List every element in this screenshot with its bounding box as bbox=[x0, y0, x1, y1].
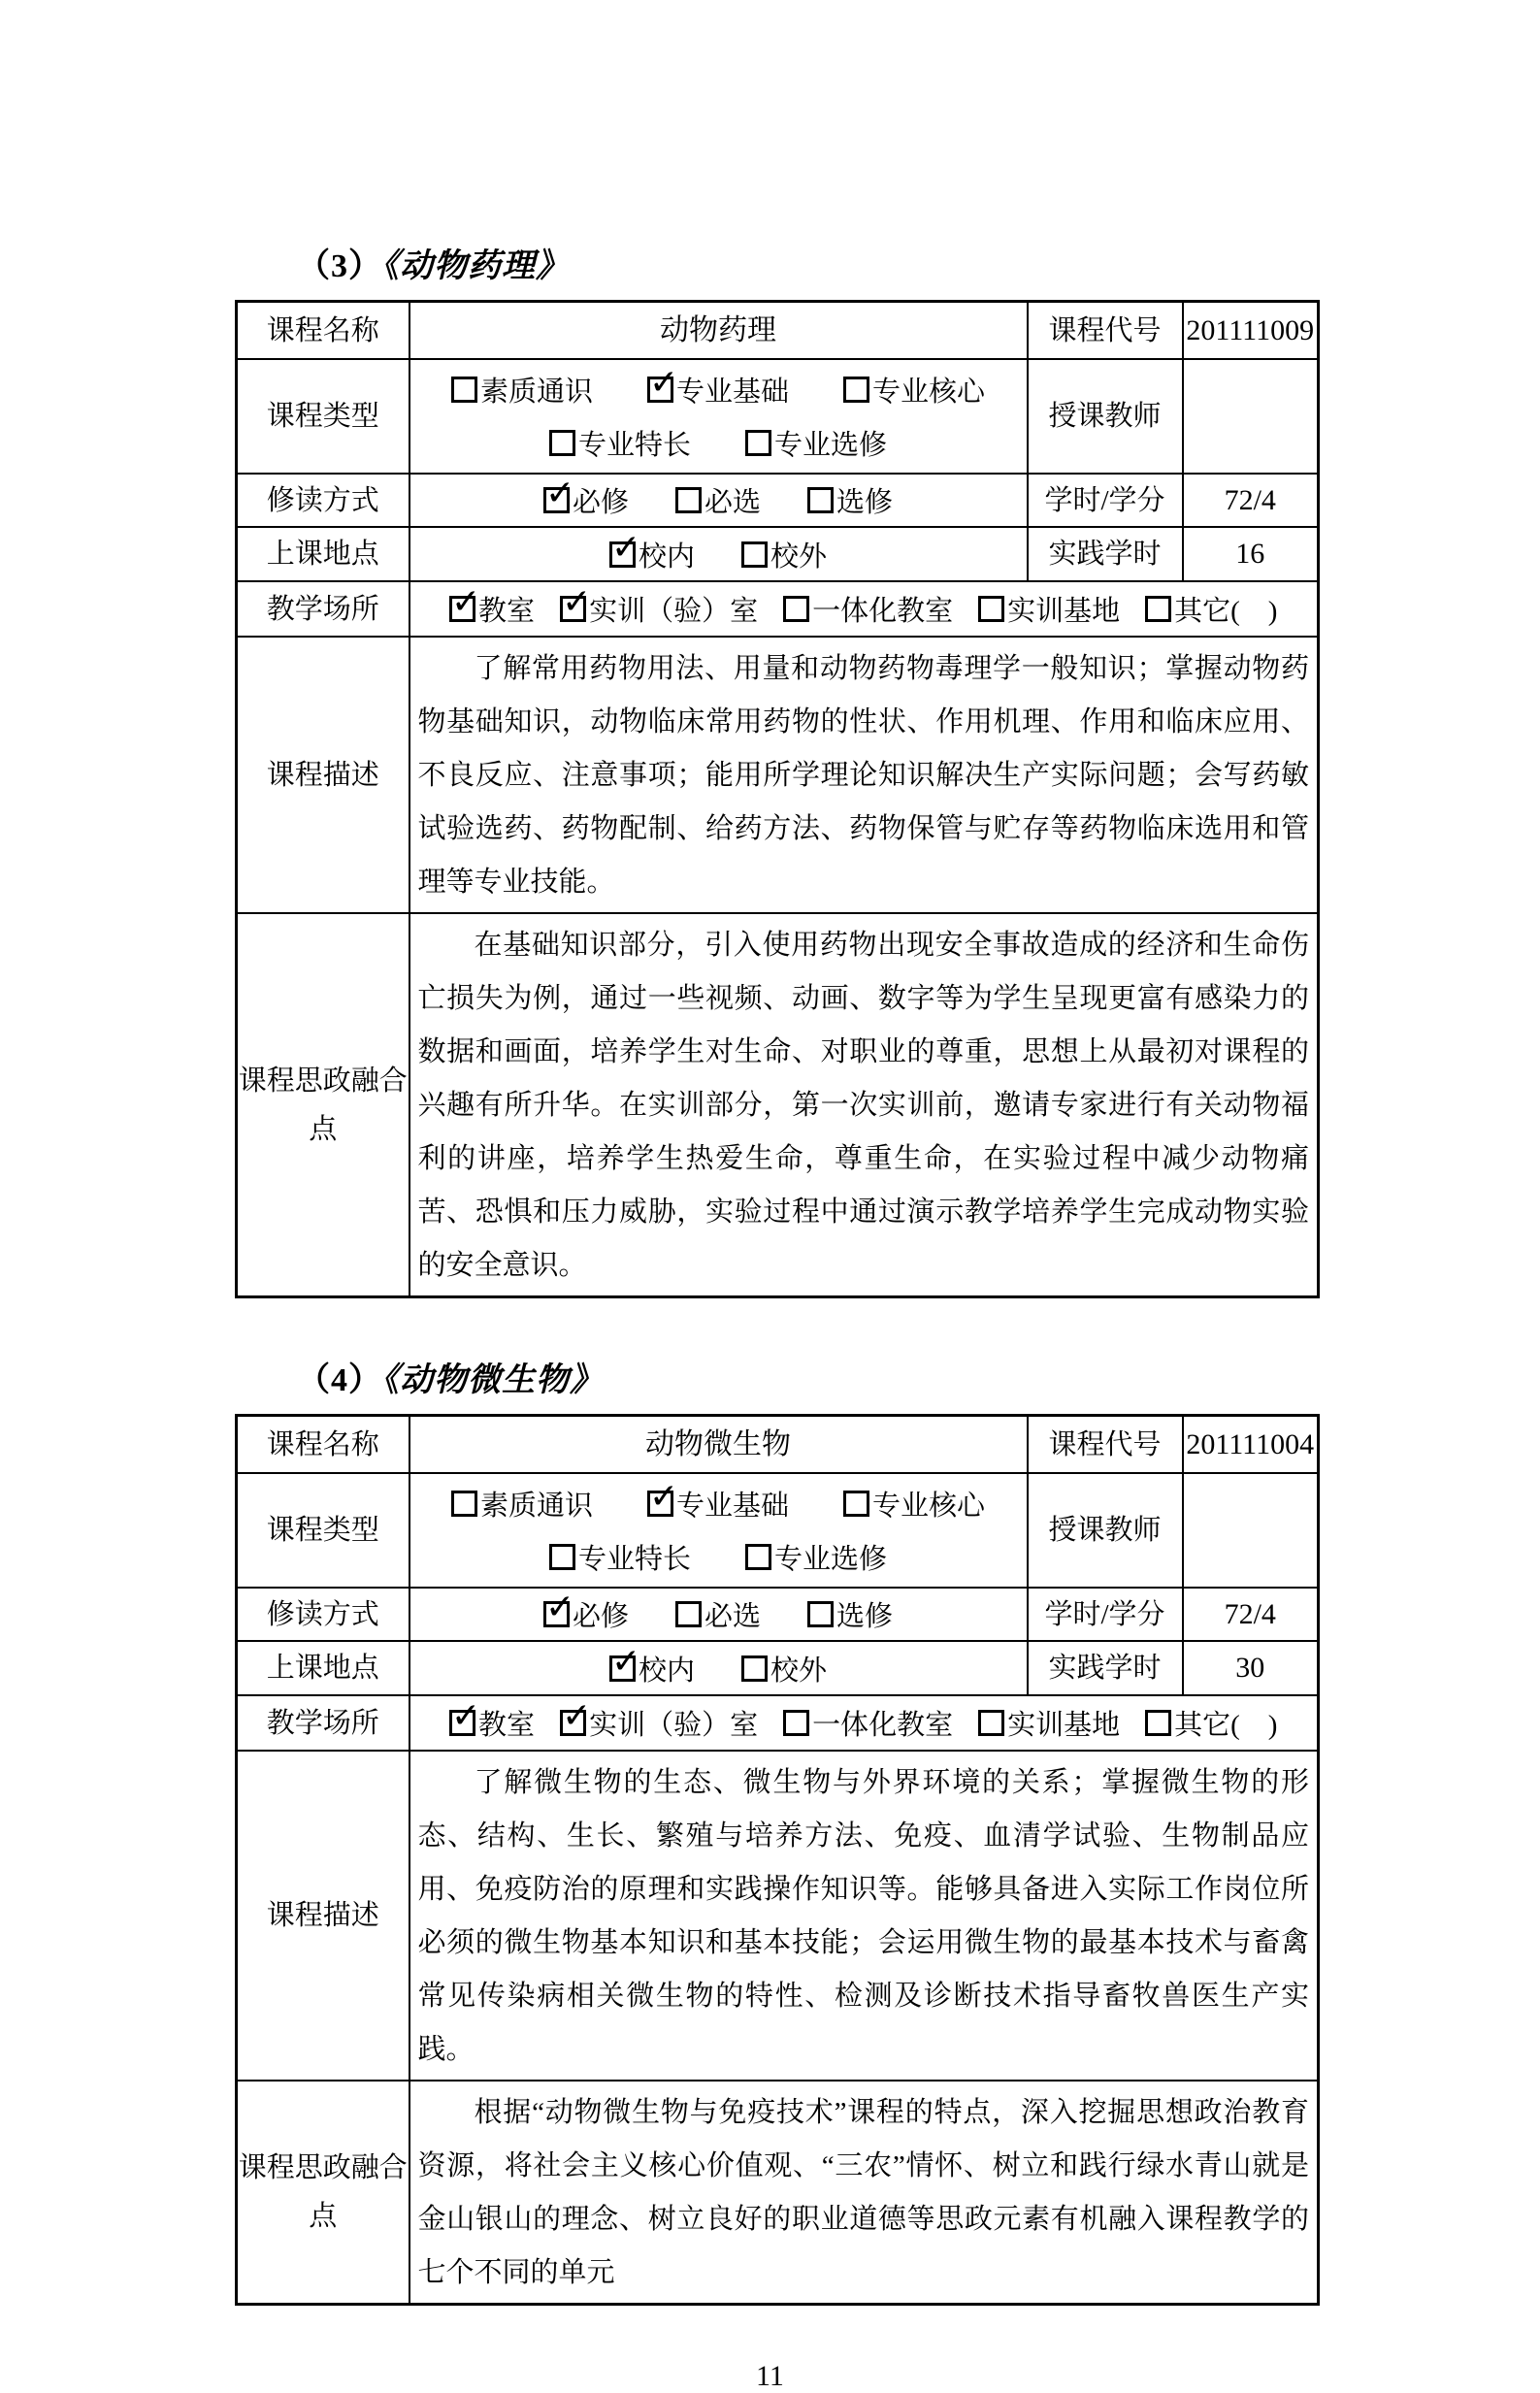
checkbox-icon[interactable] bbox=[843, 1491, 869, 1517]
ideology-label: 课程思政融合点 bbox=[237, 913, 410, 1297]
teacher-value bbox=[1183, 1473, 1319, 1588]
section-heading: （3）《动物药理》 bbox=[235, 239, 1317, 286]
location-options: 校内 校外 bbox=[410, 527, 1028, 581]
checkbox-label: 必修 bbox=[573, 1594, 629, 1634]
checkbox-icon[interactable] bbox=[1145, 596, 1171, 622]
table-row-ideology: 课程思政融合点 根据“动物微生物与免疫技术”课程的特点，深入挖掘思想政治教育资源… bbox=[237, 2081, 1319, 2305]
checkbox-option: 教室 bbox=[449, 1703, 535, 1743]
checkbox-label: 实训（验）室 bbox=[589, 1703, 758, 1743]
checkbox-label: 教室 bbox=[478, 589, 535, 629]
checkbox-label: 实训基地 bbox=[1007, 1703, 1120, 1743]
checkbox-option: 一体化教室 bbox=[783, 1703, 953, 1743]
checkbox-label: 专业基础 bbox=[676, 370, 789, 410]
teaching-place-label: 教学场所 bbox=[237, 581, 410, 637]
checkbox-label: 校内 bbox=[639, 535, 695, 574]
study-mode-options: 必修 必选 选修 bbox=[410, 474, 1028, 527]
course-table: 课程名称 动物药理 课程代号 201111009 课程类型 素质通识 专业基础 … bbox=[235, 300, 1320, 1298]
checkbox-option: 校外 bbox=[741, 1649, 827, 1688]
section-number: （3） bbox=[297, 248, 382, 284]
checkbox-icon[interactable] bbox=[978, 1710, 1004, 1736]
table-row-course-name: 课程名称 动物药理 课程代号 201111009 bbox=[237, 302, 1319, 360]
checkbox-option: 其它( ) bbox=[1145, 589, 1277, 629]
document-page: （3）《动物药理》 课程名称 动物药理 课程代号 201111009 课程类型 … bbox=[0, 0, 1540, 2393]
checkbox-label: 必选 bbox=[704, 1594, 761, 1634]
table-row-course-type: 课程类型 素质通识 专业基础 专业核心 专业特长 专业选修 bbox=[237, 1473, 1319, 1588]
ideology-cell: 在基础知识部分，引入使用药物出现安全事故造成的经济和生命伤亡损失为例，通过一些视… bbox=[410, 913, 1319, 1297]
checkbox-label: 专业核心 bbox=[872, 1484, 985, 1524]
checkbox-icon[interactable] bbox=[647, 377, 673, 403]
course-name-value: 动物微生物 bbox=[410, 1416, 1028, 1474]
hours-credits-label: 学时/学分 bbox=[1028, 1588, 1183, 1641]
checkbox-label: 专业特长 bbox=[578, 1537, 691, 1577]
checkbox-option: 素质通识 bbox=[451, 370, 593, 410]
checkbox-option: 专业选修 bbox=[745, 1537, 887, 1577]
practice-hours-value: 30 bbox=[1183, 1641, 1319, 1695]
teaching-place-label: 教学场所 bbox=[237, 1695, 410, 1751]
teacher-value bbox=[1183, 359, 1319, 474]
description-text: 了解常用药物用法、用量和动物药物毒理学一般知识；掌握动物药物基础知识，动物临床常… bbox=[410, 638, 1318, 912]
table-row-description: 课程描述 了解常用药物用法、用量和动物药物毒理学一般知识；掌握动物药物基础知识，… bbox=[237, 637, 1319, 913]
checkbox-label: 选修 bbox=[836, 1594, 893, 1634]
checkbox-label: 其它( ) bbox=[1174, 589, 1277, 629]
course-code-label: 课程代号 bbox=[1028, 302, 1183, 360]
ideology-label: 课程思政融合点 bbox=[237, 2081, 410, 2305]
practice-hours-value: 16 bbox=[1183, 527, 1319, 581]
checkbox-label: 实训基地 bbox=[1007, 589, 1120, 629]
table-row-study-mode: 修读方式 必修 必选 选修 学时/学分 72/4 bbox=[237, 474, 1319, 527]
course-type-options: 素质通识 专业基础 专业核心 专业特长 专业选修 bbox=[410, 1473, 1028, 1588]
course-table: 课程名称 动物微生物 课程代号 201111004 课程类型 素质通识 专业基础… bbox=[235, 1414, 1320, 2306]
course-section-4: （4）《动物微生物》 课程名称 动物微生物 课程代号 201111004 课程类… bbox=[235, 1353, 1317, 2306]
ideology-text: 在基础知识部分，引入使用药物出现安全事故造成的经济和生命伤亡损失为例，通过一些视… bbox=[410, 914, 1318, 1295]
course-code-label: 课程代号 bbox=[1028, 1416, 1183, 1474]
checkbox-option: 必修 bbox=[543, 480, 629, 520]
checkbox-icon[interactable] bbox=[560, 1710, 586, 1736]
location-label: 上课地点 bbox=[237, 1641, 410, 1695]
ideology-text: 根据“动物微生物与免疫技术”课程的特点，深入挖掘思想政治教育资源，将社会主义核心… bbox=[410, 2082, 1318, 2303]
checkbox-option: 校内 bbox=[609, 535, 695, 574]
checkbox-label: 一体化教室 bbox=[812, 1703, 953, 1743]
course-type-label: 课程类型 bbox=[237, 1473, 410, 1588]
course-name-label: 课程名称 bbox=[237, 1416, 410, 1474]
study-mode-options: 必修 必选 选修 bbox=[410, 1588, 1028, 1641]
checkbox-option: 专业基础 bbox=[647, 370, 789, 410]
course-title: 《动物微生物》 bbox=[382, 1362, 604, 1398]
checkbox-option: 选修 bbox=[807, 1594, 893, 1634]
checkbox-label: 教室 bbox=[478, 1703, 535, 1743]
checkbox-icon[interactable] bbox=[807, 487, 834, 513]
course-name-label: 课程名称 bbox=[237, 302, 410, 360]
course-title: 《动物药理》 bbox=[382, 248, 570, 284]
section-heading: （4）《动物微生物》 bbox=[235, 1353, 1317, 1400]
checkbox-option: 校外 bbox=[741, 535, 827, 574]
table-row-ideology: 课程思政融合点 在基础知识部分，引入使用药物出现安全事故造成的经济和生命伤亡损失… bbox=[237, 913, 1319, 1297]
teaching-place-options: 教室 实训（验）室 一体化教室 实训基地 其它( ) bbox=[410, 1695, 1319, 1751]
location-label: 上课地点 bbox=[237, 527, 410, 581]
checkbox-label: 专业特长 bbox=[578, 423, 691, 463]
checkbox-label: 选修 bbox=[836, 480, 893, 520]
course-section-3: （3）《动物药理》 课程名称 动物药理 课程代号 201111009 课程类型 … bbox=[235, 239, 1317, 1298]
checkbox-icon[interactable] bbox=[543, 487, 570, 513]
checkbox-icon[interactable] bbox=[675, 487, 702, 513]
checkbox-icon[interactable] bbox=[783, 596, 809, 622]
checkbox-icon[interactable] bbox=[745, 1544, 771, 1570]
course-code-value: 201111004 bbox=[1183, 1416, 1319, 1474]
table-row-location: 上课地点 校内 校外 实践学时 16 bbox=[237, 527, 1319, 581]
checkbox-icon[interactable] bbox=[451, 377, 477, 403]
checkbox-option: 教室 bbox=[449, 589, 535, 629]
study-mode-label: 修读方式 bbox=[237, 474, 410, 527]
checkbox-label: 一体化教室 bbox=[812, 589, 953, 629]
checkbox-label: 素质通识 bbox=[480, 370, 593, 410]
checkbox-icon[interactable] bbox=[549, 430, 575, 456]
checkbox-option: 实训（验）室 bbox=[560, 1703, 758, 1743]
checkbox-icon[interactable] bbox=[783, 1710, 809, 1736]
checkbox-option: 专业核心 bbox=[843, 1484, 985, 1524]
practice-hours-label: 实践学时 bbox=[1028, 527, 1183, 581]
practice-hours-label: 实践学时 bbox=[1028, 1641, 1183, 1695]
location-options: 校内 校外 bbox=[410, 1641, 1028, 1695]
ideology-cell: 根据“动物微生物与免疫技术”课程的特点，深入挖掘思想政治教育资源，将社会主义核心… bbox=[410, 2081, 1319, 2305]
description-text: 了解微生物的生态、微生物与外界环境的关系；掌握微生物的形态、结构、生长、繁殖与培… bbox=[410, 1752, 1318, 2080]
teacher-label: 授课教师 bbox=[1028, 1473, 1183, 1588]
section-number: （4） bbox=[297, 1362, 382, 1398]
checkbox-label: 其它( ) bbox=[1174, 1703, 1277, 1743]
checkbox-icon[interactable] bbox=[978, 596, 1004, 622]
teacher-label: 授课教师 bbox=[1028, 359, 1183, 474]
checkbox-option: 必选 bbox=[675, 1594, 761, 1634]
checkbox-option: 素质通识 bbox=[451, 1484, 593, 1524]
checkbox-label: 专业选修 bbox=[774, 1537, 887, 1577]
checkbox-icon[interactable] bbox=[741, 541, 768, 568]
checkbox-option: 专业特长 bbox=[549, 423, 691, 463]
checkbox-option: 专业选修 bbox=[745, 423, 887, 463]
table-row-teaching-place: 教学场所 教室 实训（验）室 一体化教室 实训基地 其它( ) bbox=[237, 1695, 1319, 1751]
course-name-value: 动物药理 bbox=[410, 302, 1028, 360]
table-row-description: 课程描述 了解微生物的生态、微生物与外界环境的关系；掌握微生物的形态、结构、生长… bbox=[237, 1751, 1319, 2081]
checkbox-label: 专业基础 bbox=[676, 1484, 789, 1524]
table-row-course-type: 课程类型 素质通识 专业基础 专业核心 专业特长 专业选修 bbox=[237, 359, 1319, 474]
checkbox-icon[interactable] bbox=[807, 1601, 834, 1627]
checkbox-icon[interactable] bbox=[451, 1491, 477, 1517]
checkbox-option: 实训（验）室 bbox=[560, 589, 758, 629]
checkbox-label: 专业选修 bbox=[774, 423, 887, 463]
hours-credits-value: 72/4 bbox=[1183, 1588, 1319, 1641]
checkbox-icon[interactable] bbox=[647, 1491, 673, 1517]
table-row-course-name: 课程名称 动物微生物 课程代号 201111004 bbox=[237, 1416, 1319, 1474]
description-cell: 了解微生物的生态、微生物与外界环境的关系；掌握微生物的形态、结构、生长、繁殖与培… bbox=[410, 1751, 1319, 2081]
checkbox-label: 校内 bbox=[639, 1649, 695, 1688]
checkbox-option: 专业基础 bbox=[647, 1484, 789, 1524]
checkbox-label: 实训（验）室 bbox=[589, 589, 758, 629]
checkbox-icon[interactable] bbox=[741, 1655, 768, 1682]
description-label: 课程描述 bbox=[237, 1751, 410, 2081]
checkbox-label: 专业核心 bbox=[872, 370, 985, 410]
table-row-teaching-place: 教学场所 教室 实训（验）室 一体化教室 实训基地 其它( ) bbox=[237, 581, 1319, 637]
checkbox-label: 素质通识 bbox=[480, 1484, 593, 1524]
checkbox-icon[interactable] bbox=[449, 596, 475, 622]
checkbox-icon[interactable] bbox=[675, 1601, 702, 1627]
course-code-value: 201111009 bbox=[1183, 302, 1319, 360]
checkbox-option: 其它( ) bbox=[1145, 1703, 1277, 1743]
checkbox-option: 一体化教室 bbox=[783, 589, 953, 629]
page-number: 11 bbox=[0, 2360, 1540, 2393]
course-type-options: 素质通识 专业基础 专业核心 专业特长 专业选修 bbox=[410, 359, 1028, 474]
checkbox-option: 专业核心 bbox=[843, 370, 985, 410]
page-content: （3）《动物药理》 课程名称 动物药理 课程代号 201111009 课程类型 … bbox=[235, 239, 1317, 2306]
checkbox-icon[interactable] bbox=[1145, 1710, 1171, 1736]
description-cell: 了解常用药物用法、用量和动物药物毒理学一般知识；掌握动物药物基础知识，动物临床常… bbox=[410, 637, 1319, 913]
checkbox-label: 必选 bbox=[704, 480, 761, 520]
checkbox-option: 专业特长 bbox=[549, 1537, 691, 1577]
checkbox-option: 实训基地 bbox=[978, 1703, 1120, 1743]
checkbox-icon[interactable] bbox=[560, 596, 586, 622]
checkbox-icon[interactable] bbox=[745, 430, 771, 456]
teaching-place-options: 教室 实训（验）室 一体化教室 实训基地 其它( ) bbox=[410, 581, 1319, 637]
description-label: 课程描述 bbox=[237, 637, 410, 913]
checkbox-label: 必修 bbox=[573, 480, 629, 520]
checkbox-icon[interactable] bbox=[449, 1710, 475, 1736]
checkbox-option: 选修 bbox=[807, 480, 893, 520]
course-type-label: 课程类型 bbox=[237, 359, 410, 474]
table-row-study-mode: 修读方式 必修 必选 选修 学时/学分 72/4 bbox=[237, 1588, 1319, 1641]
hours-credits-value: 72/4 bbox=[1183, 474, 1319, 527]
hours-credits-label: 学时/学分 bbox=[1028, 474, 1183, 527]
table-row-location: 上课地点 校内 校外 实践学时 30 bbox=[237, 1641, 1319, 1695]
checkbox-option: 实训基地 bbox=[978, 589, 1120, 629]
checkbox-option: 校内 bbox=[609, 1649, 695, 1688]
checkbox-label: 校外 bbox=[770, 535, 827, 574]
checkbox-icon[interactable] bbox=[609, 541, 636, 568]
checkbox-label: 校外 bbox=[770, 1649, 827, 1688]
checkbox-option: 必修 bbox=[543, 1594, 629, 1634]
checkbox-icon[interactable] bbox=[609, 1655, 636, 1682]
checkbox-option: 必选 bbox=[675, 480, 761, 520]
study-mode-label: 修读方式 bbox=[237, 1588, 410, 1641]
checkbox-icon[interactable] bbox=[549, 1544, 575, 1570]
checkbox-icon[interactable] bbox=[543, 1601, 570, 1627]
checkbox-icon[interactable] bbox=[843, 377, 869, 403]
